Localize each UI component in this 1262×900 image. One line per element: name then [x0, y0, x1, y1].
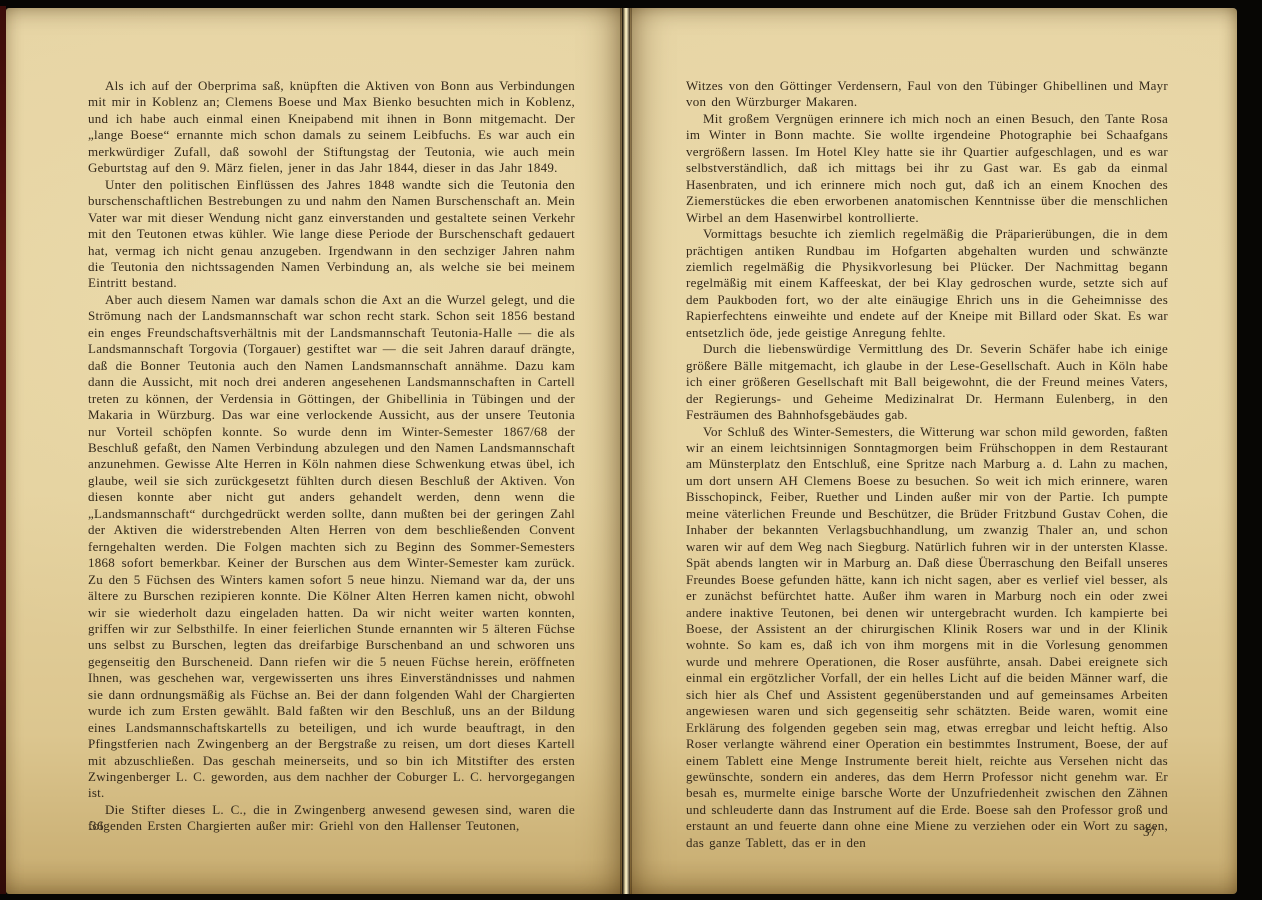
- paragraph: Witzes von den Göttinger Verdensern, Fau…: [686, 78, 1168, 111]
- paragraph: Die Stifter dieses L. C., die in Zwingen…: [88, 802, 575, 835]
- paragraph: Aber auch diesem Namen war damals schon …: [88, 292, 575, 802]
- paragraph: Vormittags besuchte ich ziemlich regelmä…: [686, 226, 1168, 341]
- right-page-text: Witzes von den Göttinger Verdensern, Fau…: [686, 78, 1168, 851]
- left-page: Als ich auf der Oberprima saß, knüpften …: [6, 8, 622, 894]
- book-photo-background: Als ich auf der Oberprima saß, knüpften …: [0, 0, 1262, 900]
- paragraph: Als ich auf der Oberprima saß, knüpften …: [88, 78, 575, 177]
- paragraph: Unter den politischen Einflüssen des Jah…: [88, 177, 575, 292]
- paragraph: Durch die liebenswürdige Vermittlung des…: [686, 341, 1168, 423]
- left-page-text: Als ich auf der Oberprima saß, knüpften …: [88, 78, 575, 835]
- paragraph: Mit großem Vergnügen erinnere ich mich n…: [686, 111, 1168, 226]
- page-number-left: 36: [90, 818, 104, 834]
- paragraph: Vor Schluß des Winter-Semesters, die Wit…: [686, 424, 1168, 852]
- right-page: Witzes von den Göttinger Verdensern, Fau…: [630, 8, 1237, 894]
- page-number-right: 37: [1143, 824, 1157, 840]
